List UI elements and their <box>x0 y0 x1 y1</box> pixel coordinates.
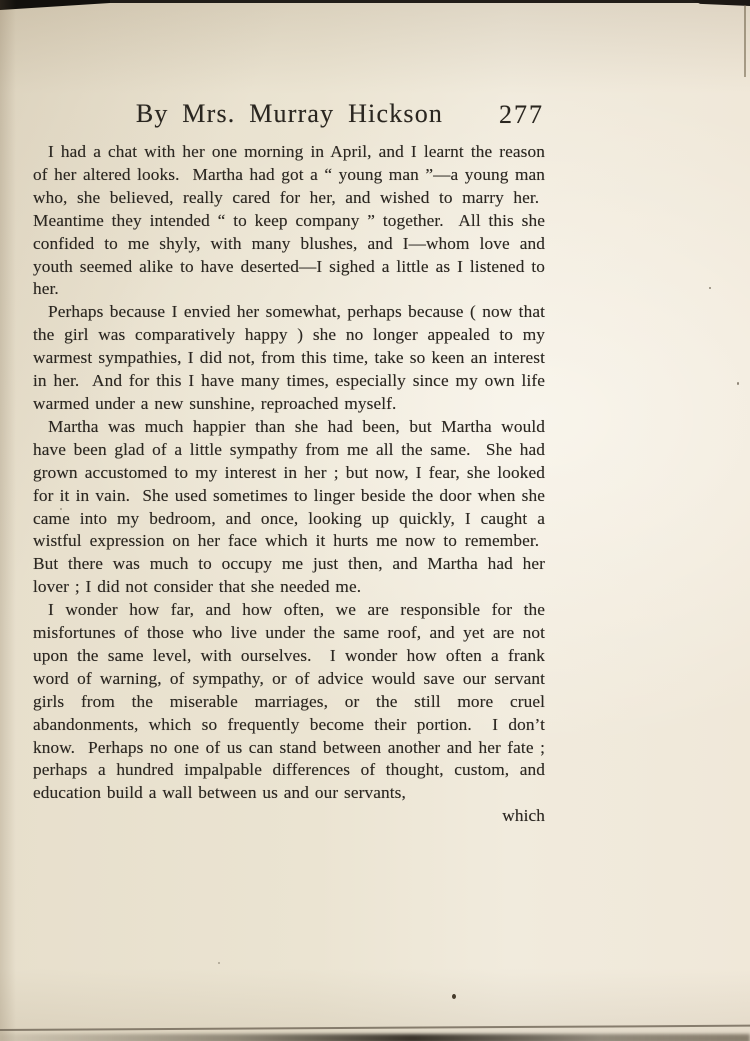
paper-speck <box>60 508 62 510</box>
page-right-edge-line <box>744 5 746 77</box>
page-bottom-crease-line <box>0 1025 750 1031</box>
paper-speck <box>218 962 220 964</box>
page-body: I had a chat with her one morning in Apr… <box>33 141 545 828</box>
page-top-edge-shadow <box>0 0 750 3</box>
paper-speck <box>452 994 456 999</box>
running-header: By Mrs. Murray Hickson 277 <box>33 99 546 129</box>
book-page-scan: By Mrs. Murray Hickson 277 I had a chat … <box>0 0 750 1041</box>
paper-speck <box>737 382 739 385</box>
catchword: which <box>33 805 545 828</box>
page-top-right-edge-shadow <box>692 0 750 6</box>
running-header-title: By Mrs. Murray Hickson <box>136 99 443 128</box>
paragraph: I wonder how far, and how often, we are … <box>33 599 545 805</box>
page-left-edge-shadow <box>0 0 16 1041</box>
paragraph: Perhaps because I envied her somewhat, p… <box>33 301 545 416</box>
page-number: 277 <box>499 100 544 130</box>
paper-speck <box>709 287 711 289</box>
paragraph: Martha was much happier than she had bee… <box>33 416 545 599</box>
paragraph: I had a chat with her one morning in Apr… <box>33 141 545 301</box>
page-top-left-edge-shadow <box>0 0 110 10</box>
page-bottom-edge-shadow <box>0 1034 750 1041</box>
